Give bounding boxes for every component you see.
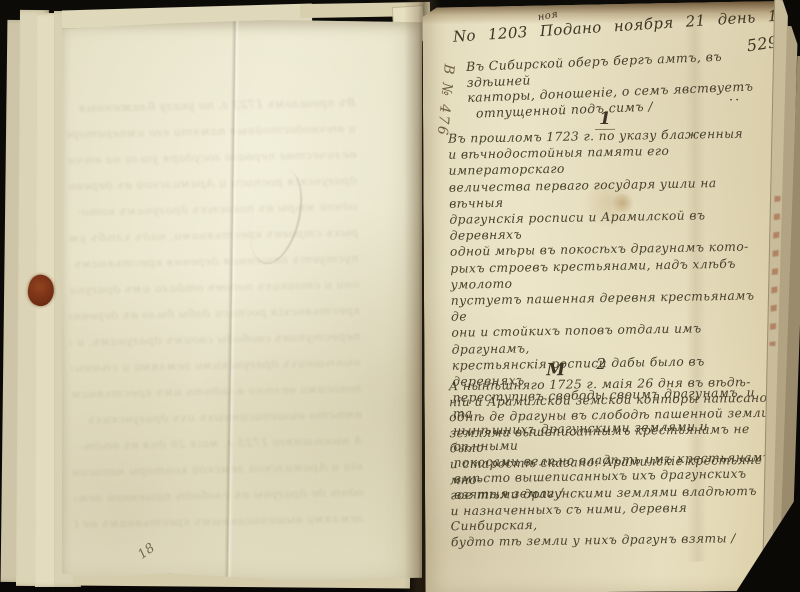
- right-page: No 1203 Подано ноября 21 день 1725 году …: [422, 1, 781, 592]
- bleedthrough-text: Въ прошломъ 1723 г. по указу блаженныя и…: [65, 89, 365, 565]
- manuscript-line: и назначенныхъ съ ними, деревня Синбирск…: [450, 499, 776, 535]
- left-page: Въ прошломъ 1723 г. по указу блаженныя и…: [62, 20, 422, 580]
- manuscript-photo: Въ прошломъ 1723 г. по указу блаженныя и…: [0, 0, 800, 592]
- manuscript-line: и старостѣ сказано: Арамилскіе крестьяне…: [450, 453, 776, 489]
- ghost-line: землями вышеписаннымъ крестьянамъ не был…: [74, 505, 364, 537]
- margin-dots: ..: [729, 89, 741, 104]
- manuscript-line: землями вышеписаннымъ крестьянамъ не был…: [449, 421, 775, 457]
- section-2-heading: 2: [596, 355, 606, 373]
- registration-number: No 1203: [452, 23, 528, 46]
- margin-shelfmark: В № 476: [434, 63, 457, 137]
- section-1-heading: 1: [595, 109, 615, 130]
- section-2-text: А нынѣшняго 1725 г. маія 26 дня въ вѣдѣ-…: [449, 375, 777, 551]
- address-block: Въ Сибирской оберъ бергъ амтъ, въ здѣшне…: [466, 47, 772, 121]
- manuscript-line: будто тѣ земли у нихъ драгунъ взяты /: [451, 531, 777, 551]
